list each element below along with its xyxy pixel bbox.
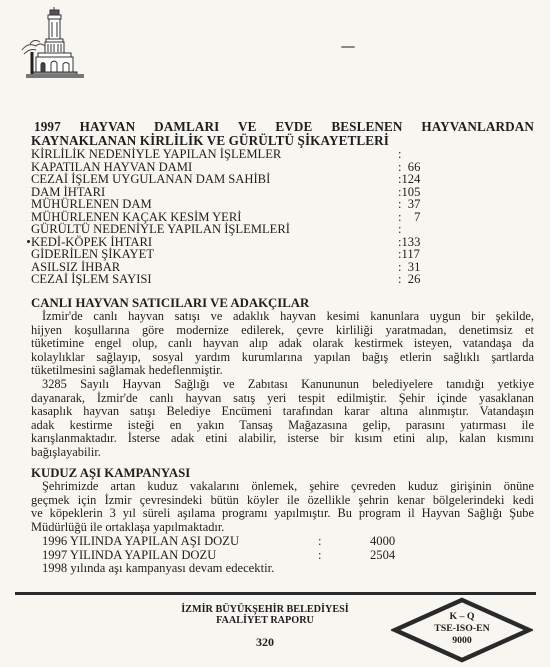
paragraph-line: Müdürlüğü ile ortaklaşa yapılmaktadır. [31, 521, 534, 535]
page-number: 320 [140, 635, 390, 650]
paragraph-line: kasaplık hayvan satışı Belediye Encümeni… [31, 405, 534, 419]
section-body-rabies-campaign: Şehrimizde artan kuduz vakalarını önleme… [31, 480, 534, 534]
paragraph-line: tüketimine engel olup, canlı hayvan alıp… [31, 337, 534, 351]
dose-row: 1996 YILINDA YAPILAN AŞI DOZU:4000 [31, 535, 451, 549]
clock-tower-logo-icon [18, 4, 92, 82]
iso-certification-label: K – Q TSE-ISO-EN 9000 [391, 611, 533, 647]
footer-divider [15, 592, 536, 595]
paragraph-line: 3285 Sayılı Hayvan Sağlığı ve Zabıtası K… [31, 378, 534, 392]
paragraph-line: dayanarak, İzmir'de canlı hayvan satış y… [31, 392, 534, 406]
stat-row: MÜHÜRLENEN DAM: 37 [31, 198, 451, 211]
complaint-stats-list: KİRLİLİK NEDENİYLE YAPILAN İŞLEMLER: KAP… [31, 148, 451, 286]
stat-row: KİRLİLİK NEDENİYLE YAPILAN İŞLEMLER: [31, 148, 451, 161]
paragraph-line: geçmek için İzmir çevresindeki bütün köy… [31, 494, 534, 508]
campaign-note: 1998 yılında aşı kampanyası devam edecek… [31, 562, 451, 576]
paragraph-line: adak kestirme isteği en yakın Tansaş Mağ… [31, 419, 534, 433]
stat-row: GİDERİLEN ŞİKAYET:117 [31, 248, 451, 261]
dose-row: 1997 YILINDA YAPILAN DOZU:2504 [31, 549, 451, 563]
paragraph-line: İzmir'de canlı hayvan satışı ve adaklık … [31, 310, 534, 324]
vaccine-dose-table: 1996 YILINDA YAPILAN AŞI DOZU:4000 1997 … [31, 535, 451, 576]
scan-speck [341, 46, 355, 48]
paragraph-line: ve köpeklerin 3 yıl süreli aşılama progr… [31, 507, 534, 521]
stat-row: CEZAİ İŞLEM SAYISI: 26 [31, 273, 451, 286]
paragraph-line: karışlanmaktadır. İsterse adak etini ala… [31, 432, 534, 446]
paragraph-line: hijyen koşullarına göre modernize ediler… [31, 324, 534, 338]
paragraph-line: bağışlayabilir. [31, 446, 534, 460]
stat-row: GÜRÜLTÜ NEDENİYLE YAPILAN İŞLEMLERİ: [31, 223, 451, 236]
section-heading-live-animal-sellers: CANLI HAYVAN SATICILARI VE ADAKÇILAR [31, 296, 309, 310]
footer-report-title: FAALİYET RAPORU [140, 615, 390, 627]
paragraph-line: kolaylıklar sağlayıp, sosyal yardım kuru… [31, 351, 534, 365]
stat-row: CEZAİ İŞLEM UYGULANAN DAM SAHİBİ:124 [31, 173, 451, 186]
paragraph-line: tüketilmesini sağlamak hedeflenmiştir. [31, 364, 534, 378]
section-body-live-animal-sellers: İzmir'de canlı hayvan satışı ve adaklık … [31, 310, 534, 460]
section-heading-rabies-campaign: KUDUZ AŞI KAMPANYASI [31, 466, 190, 480]
page-title-line2: KAYNAKLANAN KİRLİLİK VE GÜRÜLTÜ ŞİKAYETL… [31, 134, 534, 148]
paragraph-line: Şehrimizde artan kuduz vakalarını önleme… [31, 480, 534, 494]
bullet-dot [27, 240, 30, 243]
page-title-line1: 1997 HAYVAN DAMLARI VE EVDE BESLENEN HAY… [31, 120, 534, 134]
